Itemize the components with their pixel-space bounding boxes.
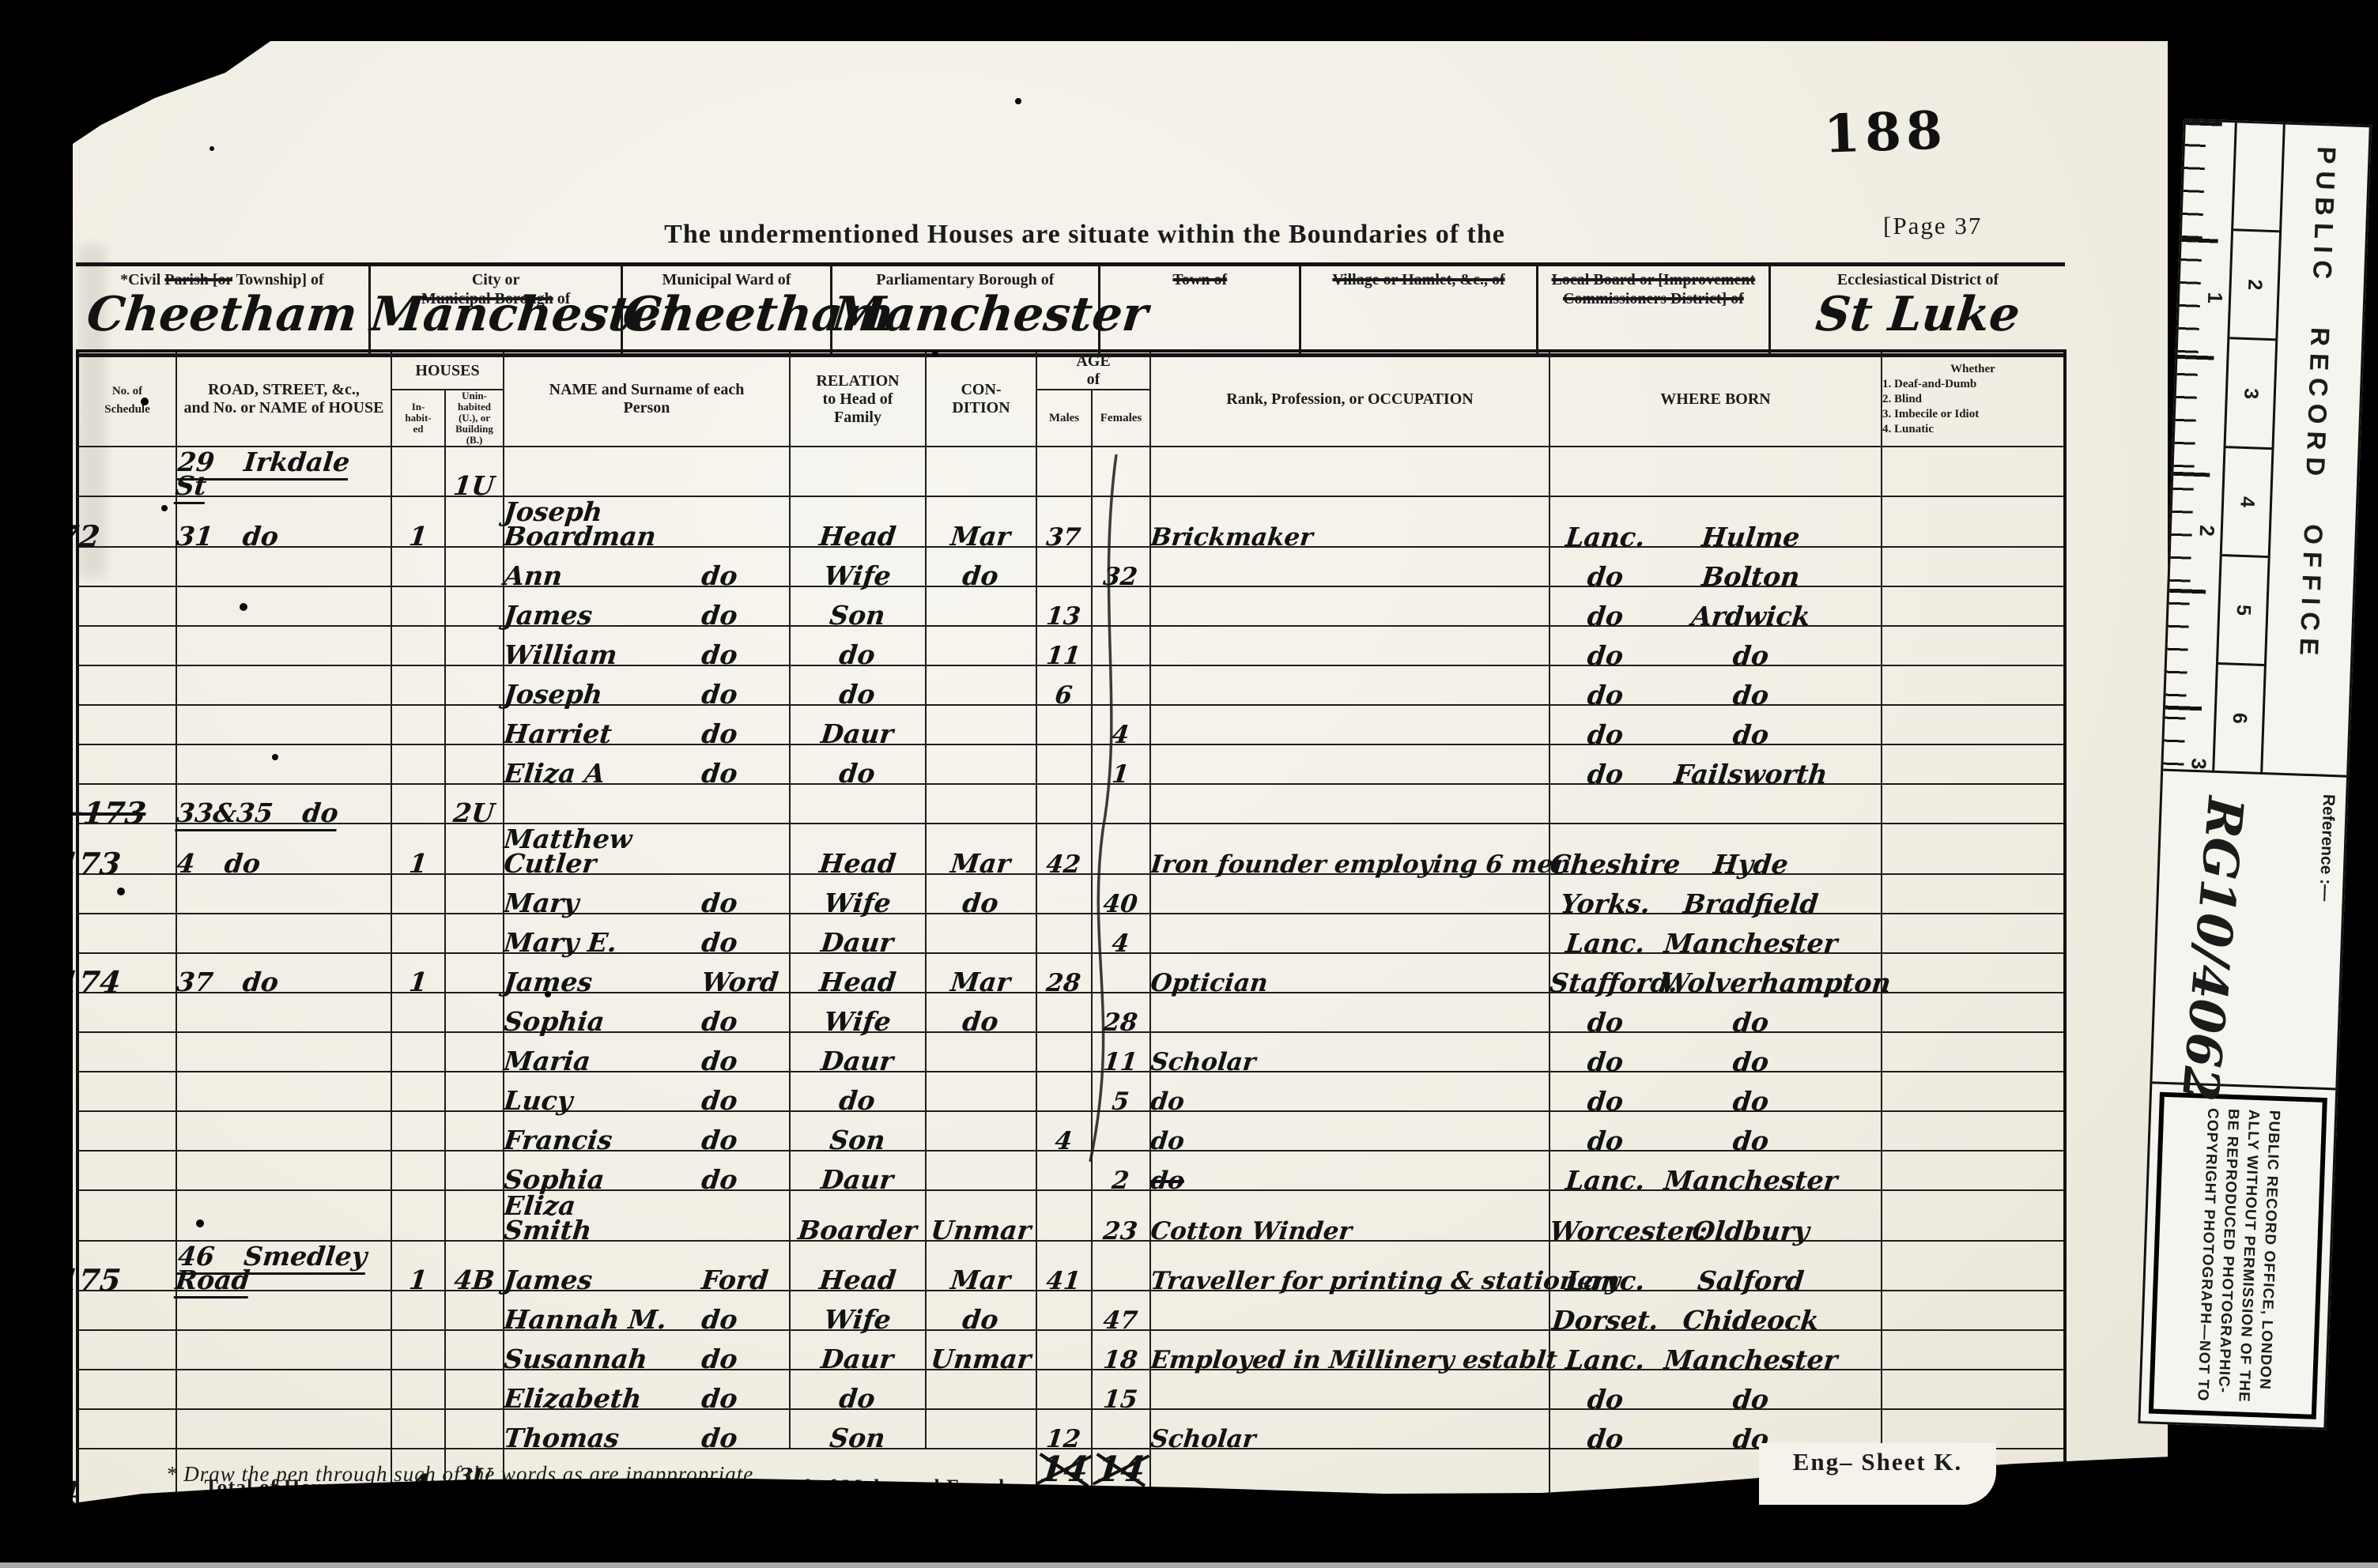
cell-condition: do: [926, 547, 1036, 586]
table-row: 29 Irkdale St1U: [77, 447, 2065, 496]
cell-road: [176, 1190, 391, 1241]
cell-name: Hannah M.do: [504, 1291, 790, 1330]
table-row: Josephdodo6dodo: [77, 665, 2065, 705]
cell-infirmity: [1882, 784, 2065, 824]
cell-where-born: doBolton: [1549, 547, 1882, 586]
header-condition: CON- DITION: [926, 351, 1036, 447]
cell-condition: Mar: [926, 1241, 1036, 1291]
locality-cell-4: Town of: [1098, 266, 1299, 353]
cell-condition: [926, 705, 1036, 744]
cell-age-female: 32: [1092, 547, 1150, 586]
cell-infirmity: [1882, 496, 2065, 547]
locality-cell-1: City or Municipal Borough ofManchester: [368, 266, 621, 353]
cell-name: Mariado: [504, 1032, 790, 1072]
header-born: WHERE BORN: [1549, 351, 1882, 447]
cell-inhabited: 1: [391, 824, 445, 874]
cell-where-born: dodo: [1549, 1370, 1882, 1409]
header-males: Males: [1036, 390, 1092, 447]
cell-where-born: Lanc.Salford: [1549, 1241, 1882, 1291]
cell-relation: Wife: [790, 874, 926, 914]
cell-schedule: 72: [77, 496, 176, 547]
cell-age-female: 1: [1092, 744, 1150, 784]
table-row: JamesdoSon13doArdwick: [77, 586, 2065, 626]
cell-age-male: [1036, 1190, 1092, 1241]
cell-relation: do: [790, 1370, 926, 1409]
cell-name: MatthewCutler: [504, 824, 790, 874]
cell-infirmity: [1882, 665, 2065, 705]
cell-condition: Mar: [926, 824, 1036, 874]
cell-road: [176, 1330, 391, 1370]
header-infirmity: Whether 1. Deaf-and-Dumb2. Blind3. Imbec…: [1882, 351, 2065, 447]
cell-condition: [926, 447, 1036, 496]
cell-schedule: 174: [77, 953, 176, 993]
cell-occupation: Brickmaker: [1150, 496, 1549, 547]
cell-age-female: [1092, 626, 1150, 665]
cell-schedule: [77, 914, 176, 953]
reference-label: Reference :—: [2316, 794, 2338, 902]
cell-name: Sophiado: [504, 993, 790, 1032]
cell-age-male: 6: [1036, 665, 1092, 705]
cell-schedule: [77, 1151, 176, 1190]
cell-relation: Daur: [790, 914, 926, 953]
totals-margin: 4: [77, 1449, 176, 1527]
cell-name: Francisdo: [504, 1111, 790, 1151]
cell-road: [176, 586, 391, 626]
locality-header-row: *Civil Parish [or Township] ofCheethamCi…: [76, 262, 2065, 357]
cell-name: Elizabethdo: [504, 1370, 790, 1409]
table-row: Eliza Adodo1doFailsworth: [77, 744, 2065, 784]
cell-age-female: 15: [1092, 1370, 1150, 1409]
cell-occupation: [1150, 993, 1549, 1032]
cell-name: Lucydo: [504, 1072, 790, 1111]
table-row: AnndoWifedo32doBolton: [77, 547, 2065, 586]
cell-road: [176, 626, 391, 665]
cell-inhabited: [391, 447, 445, 496]
footnote: * Draw the pen through such of the words…: [166, 1462, 760, 1487]
cell-where-born: Stafford.Wolverhampton: [1549, 953, 1882, 993]
cell-age-male: [1036, 705, 1092, 744]
cell-relation: do: [790, 1072, 926, 1111]
cell-schedule: [77, 1409, 176, 1449]
cell-occupation: [1150, 1370, 1549, 1409]
header-schedule: No. of Schedule: [77, 351, 176, 447]
cell-relation: Head: [790, 496, 926, 547]
cell-age-female: 23: [1092, 1190, 1150, 1241]
cell-age-female: [1092, 447, 1150, 496]
cell-uninhabited: [445, 496, 504, 547]
cell-age-female: [1092, 1241, 1150, 1291]
cell-where-born: dodo: [1549, 665, 1882, 705]
locality-value: Manchester: [829, 287, 1101, 342]
cell-uninhabited: 1U: [445, 447, 504, 496]
locality-value: Cheetham: [621, 287, 833, 342]
cell-inhabited: [391, 1190, 445, 1241]
cell-condition: Mar: [926, 953, 1036, 993]
cell-age-male: [1036, 1151, 1092, 1190]
table-row: 17546 Smedley Road14BJamesFordHeadMar41T…: [77, 1241, 2065, 1291]
locality-label: Town of: [1100, 270, 1299, 289]
cell-age-female: [1092, 1409, 1150, 1449]
cell-age-female: 4: [1092, 705, 1150, 744]
cell-age-female: 11: [1092, 1032, 1150, 1072]
cell-age-male: [1036, 1330, 1092, 1370]
totals-houses-label: Total of Houses..: [176, 1449, 391, 1527]
cell-name: Mary E.do: [504, 914, 790, 953]
cell-where-born: Lanc.Manchester: [1549, 1330, 1882, 1370]
cell-name: Harrietdo: [504, 705, 790, 744]
cell-infirmity: [1882, 1241, 2065, 1291]
cell-condition: Unmar: [926, 1190, 1036, 1241]
sheet-label: Eng– Sheet K.: [1793, 1443, 1963, 1476]
cell-condition: [926, 626, 1036, 665]
census-table-body: 29 Irkdale St1U7231 do1JosephBoardmanHea…: [77, 447, 2065, 1449]
cell-inhabited: [391, 547, 445, 586]
cell-inhabited: 1: [391, 1241, 445, 1291]
cell-where-born: dodo: [1549, 626, 1882, 665]
cell-condition: [926, 1409, 1036, 1449]
cell-occupation: Optician: [1150, 953, 1549, 993]
header-inhabited: In- habit- ed: [391, 390, 445, 447]
cell-occupation: [1150, 1291, 1549, 1330]
cell-name: Williamdo: [504, 626, 790, 665]
cell-age-male: [1036, 914, 1092, 953]
cell-schedule: 175: [77, 1241, 176, 1291]
cell-occupation: do: [1150, 1111, 1549, 1151]
totals-females: 14 13: [1092, 1449, 1150, 1527]
cell-road: 31 do: [176, 496, 391, 547]
cell-inhabited: [391, 1370, 445, 1409]
cell-condition: [926, 665, 1036, 705]
cell-uninhabited: 4B: [445, 1241, 504, 1291]
table-row: ↞17333&35 do2U: [77, 784, 2065, 824]
cell-uninhabited: [445, 1032, 504, 1072]
cell-uninhabited: [445, 1111, 504, 1151]
copyright-lines: COPYRIGHT PHOTOGRAPH—NOT TOBE REPRODUCED…: [2191, 1107, 2284, 1404]
cell-uninhabited: [445, 1409, 504, 1449]
table-row: HarrietdoDaur4dodo: [77, 705, 2065, 744]
cell-infirmity: [1882, 1190, 2065, 1241]
cell-infirmity: [1882, 874, 2065, 914]
cell-occupation: do: [1150, 1151, 1549, 1190]
cell-occupation: [1150, 586, 1549, 626]
cell-occupation: Employed in Millinery establt: [1150, 1330, 1549, 1370]
cell-schedule: ↞173: [77, 784, 176, 824]
photo-border-left: [0, 0, 73, 1568]
cell-occupation: [1150, 665, 1549, 705]
cell-road: [176, 993, 391, 1032]
cell-age-male: [1036, 744, 1092, 784]
cell-inhabited: [391, 744, 445, 784]
cell-schedule: [77, 744, 176, 784]
table-row: 1734 do1MatthewCutlerHeadMar42Iron found…: [77, 824, 2065, 874]
cell-infirmity: [1882, 1151, 2065, 1190]
cell-where-born: Dorset.Chideock: [1549, 1291, 1882, 1330]
header-occupation: Rank, Profession, or OCCUPATION: [1150, 351, 1549, 447]
cell-where-born: [1549, 784, 1882, 824]
cell-road: [176, 1291, 391, 1330]
cell-road: [176, 1409, 391, 1449]
cell-road: 46 Smedley Road: [176, 1241, 391, 1291]
census-scan-photo: { "stamp": "188", "page_label": "[Page 3…: [0, 0, 2378, 1568]
cell-where-born: Yorks.Bradfield: [1549, 874, 1882, 914]
scan-specks: [209, 146, 214, 151]
cell-uninhabited: [445, 626, 504, 665]
cell-name: [504, 447, 790, 496]
cell-uninhabited: [445, 914, 504, 953]
cell-name: Jamesdo: [504, 586, 790, 626]
cell-name: ElizaSmith: [504, 1190, 790, 1241]
page-title: The undermentioned Houses are situate wi…: [73, 220, 2097, 250]
cell-where-born: [1549, 447, 1882, 496]
cell-road: [176, 705, 391, 744]
locality-label: Local Board or [Improvement Commissioner…: [1538, 270, 1768, 308]
cell-relation: do: [790, 744, 926, 784]
cell-schedule: [77, 665, 176, 705]
cell-inhabited: [391, 626, 445, 665]
cell-age-female: 4: [1092, 914, 1150, 953]
cell-road: [176, 665, 391, 705]
locality-cell-2: Municipal Ward ofCheetham: [621, 266, 829, 353]
cell-age-male: 13: [1036, 586, 1092, 626]
header-age: AGE of: [1036, 351, 1150, 390]
cell-age-female: [1092, 953, 1150, 993]
cell-age-female: [1092, 784, 1150, 824]
table-row: Williamdodo11dodo: [77, 626, 2065, 665]
cell-occupation: Cotton Winder: [1150, 1190, 1549, 1241]
cell-schedule: [77, 626, 176, 665]
table-row: 7231 do1JosephBoardmanHeadMar37Brickmake…: [77, 496, 2065, 547]
cell-occupation: do: [1150, 1072, 1549, 1111]
cell-where-born: dodo: [1549, 1032, 1882, 1072]
cell-name: JamesWord: [504, 953, 790, 993]
table-row: 17437 do1JamesWordHeadMar28OpticianStaff…: [77, 953, 2065, 993]
cell-age-female: 47: [1092, 1291, 1150, 1330]
cell-age-male: [1036, 547, 1092, 586]
table-row: Lucydodo5dododo: [77, 1072, 2065, 1111]
cell-age-male: 42: [1036, 824, 1092, 874]
cell-infirmity: [1882, 447, 2065, 496]
cell-name: Susannahdo: [504, 1330, 790, 1370]
scan-edge-strip: [0, 1562, 2378, 1568]
cell-road: [176, 744, 391, 784]
cell-schedule: [77, 1190, 176, 1241]
cell-age-male: [1036, 1072, 1092, 1111]
cell-relation: Son: [790, 1111, 926, 1151]
census-page: 188 [Page 37 The undermentioned Houses a…: [73, 40, 2168, 1561]
locality-value: Cheetham: [73, 287, 371, 342]
cell-occupation: [1150, 784, 1549, 824]
cell-age-male: [1036, 1032, 1092, 1072]
table-row: SusannahdoDaurUnmar18Employed in Milline…: [77, 1330, 2065, 1370]
locality-value: St Luke: [1768, 287, 2067, 342]
cell-road: 29 Irkdale St: [176, 447, 391, 496]
cell-inhabited: 1: [391, 953, 445, 993]
cell-inhabited: [391, 665, 445, 705]
cell-schedule: [77, 1032, 176, 1072]
cell-uninhabited: [445, 665, 504, 705]
cell-age-male: [1036, 1370, 1092, 1409]
cell-condition: do: [926, 874, 1036, 914]
header-uninhabited: Unin- habited (U.), or Building (B.): [445, 390, 504, 447]
cell-condition: [926, 784, 1036, 824]
cell-occupation: Scholar: [1150, 1409, 1549, 1449]
table-row: MarydoWifedo40Yorks.Bradfield: [77, 874, 2065, 914]
cell-condition: do: [926, 1291, 1036, 1330]
cell-inhabited: [391, 705, 445, 744]
cell-age-male: 37: [1036, 496, 1092, 547]
cell-relation: Son: [790, 1409, 926, 1449]
cell-uninhabited: [445, 1370, 504, 1409]
cell-name: Anndo: [504, 547, 790, 586]
cell-where-born: dodo: [1549, 993, 1882, 1032]
cell-where-born: Lanc.Manchester: [1549, 1151, 1882, 1190]
cell-where-born: Lanc.Manchester: [1549, 914, 1882, 953]
cell-infirmity: [1882, 824, 2065, 874]
cell-relation: Wife: [790, 547, 926, 586]
cell-age-male: [1036, 784, 1092, 824]
cell-relation: Daur: [790, 1151, 926, 1190]
cell-inhabited: [391, 993, 445, 1032]
header-houses: HOUSES: [391, 351, 504, 390]
cell-relation: [790, 784, 926, 824]
cell-inhabited: [391, 1151, 445, 1190]
cell-inhabited: [391, 874, 445, 914]
cell-occupation: Traveller for printing & stationery: [1150, 1241, 1549, 1291]
cell-occupation: Scholar: [1150, 1032, 1549, 1072]
cell-where-born: doArdwick: [1549, 586, 1882, 626]
cell-schedule: [77, 1370, 176, 1409]
cell-age-male: [1036, 993, 1092, 1032]
cell-relation: Daur: [790, 1032, 926, 1072]
cell-road: 4 do: [176, 824, 391, 874]
table-row: Mary E.doDaur4Lanc.Manchester: [77, 914, 2065, 953]
table-row: SophiadoWifedo28dodo: [77, 993, 2065, 1032]
cell-road: [176, 914, 391, 953]
cell-schedule: [77, 705, 176, 744]
cell-infirmity: [1882, 705, 2065, 744]
cell-age-male: 4: [1036, 1111, 1092, 1151]
locality-cell-6: Local Board or [Improvement Commissioner…: [1536, 266, 1768, 353]
cell-condition: Mar: [926, 496, 1036, 547]
header-females: Females: [1092, 390, 1150, 447]
cell-relation: Son: [790, 586, 926, 626]
cell-age-female: [1092, 1111, 1150, 1151]
cell-condition: [926, 1111, 1036, 1151]
column-headers: No. of Schedule ROAD, STREET, &c., and N…: [77, 351, 2065, 447]
pro-reference-section: Reference :— RG10/4062: [2152, 771, 2346, 1090]
cell-infirmity: [1882, 1291, 2065, 1330]
cell-uninhabited: [445, 953, 504, 993]
cell-where-born: doFailsworth: [1549, 744, 1882, 784]
cell-uninhabited: 2U: [445, 784, 504, 824]
locality-value: Manchester: [368, 287, 624, 342]
cell-inhabited: [391, 1409, 445, 1449]
cell-condition: [926, 1151, 1036, 1190]
copyright-box: COPYRIGHT PHOTOGRAPH—NOT TOBE REPRODUCED…: [2149, 1091, 2327, 1419]
cell-age-male: 12: [1036, 1409, 1092, 1449]
locality-cell-5: Village or Hamlet, &c., of: [1299, 266, 1535, 353]
cell-infirmity: [1882, 586, 2065, 626]
cell-road: 33&35 do: [176, 784, 391, 824]
cell-infirmity: [1882, 914, 2065, 953]
cell-occupation: [1150, 744, 1549, 784]
cell-infirmity: [1882, 1111, 2065, 1151]
cell-relation: [790, 447, 926, 496]
cell-road: [176, 1072, 391, 1111]
cell-age-male: [1036, 447, 1092, 496]
cell-uninhabited: [445, 1330, 504, 1370]
locality-cell-3: Parliamentary Borough ofManchester: [830, 266, 1099, 353]
cell-age-male: [1036, 874, 1092, 914]
locality-label: Village or Hamlet, &c., of: [1301, 270, 1535, 289]
locality-cell-0: *Civil Parish [or Township] ofCheetham: [76, 266, 368, 353]
cell-infirmity: [1882, 1370, 2065, 1409]
cell-occupation: [1150, 626, 1549, 665]
cell-inhabited: [391, 1072, 445, 1111]
cell-relation: Wife: [790, 1291, 926, 1330]
infirmity-items: 1. Deaf-and-Dumb2. Blind3. Imbecile or I…: [1882, 377, 2063, 437]
totals-occupation-empty: [1150, 1449, 1549, 1527]
cell-infirmity: [1882, 1032, 2065, 1072]
totals-inhabited: 4: [391, 1449, 445, 1527]
cell-relation: do: [790, 665, 926, 705]
table-row: Elizabethdodo15dodo: [77, 1370, 2065, 1409]
header-relation: RELATION to Head of Family: [790, 351, 926, 447]
cell-name: Sophiado: [504, 1151, 790, 1190]
totals-males: 14 9: [1036, 1449, 1092, 1527]
reference-value: RG10/4062: [2171, 795, 2255, 1104]
cell-road: [176, 1151, 391, 1190]
cell-schedule: [77, 1072, 176, 1111]
cell-age-female: 28: [1092, 993, 1150, 1032]
cell-age-male: [1036, 1291, 1092, 1330]
cell-schedule: [77, 1111, 176, 1151]
folio-stamp: 188: [1823, 99, 1948, 164]
cell-inhabited: [391, 914, 445, 953]
table-row: FrancisdoSon4dododo: [77, 1111, 2065, 1151]
cell-age-female: 40: [1092, 874, 1150, 914]
cell-inhabited: [391, 586, 445, 626]
census-table: No. of Schedule ROAD, STREET, &c., and N…: [76, 349, 2067, 1528]
cell-uninhabited: [445, 1190, 504, 1241]
cell-condition: [926, 744, 1036, 784]
table-row: SophiadoDaur2doLanc.Manchester: [77, 1151, 2065, 1190]
cell-age-male: 11: [1036, 626, 1092, 665]
header-name: NAME and Surname of each Person: [504, 351, 790, 447]
cell-road: [176, 874, 391, 914]
cell-relation: Head: [790, 953, 926, 993]
cell-condition: [926, 914, 1036, 953]
cell-occupation: [1150, 874, 1549, 914]
cell-infirmity: [1882, 626, 2065, 665]
cell-where-born: dodo: [1549, 705, 1882, 744]
cell-schedule: 173: [77, 824, 176, 874]
table-row: Hannah M.doWifedo47Dorset.Chideock: [77, 1291, 2065, 1330]
cell-schedule: [77, 586, 176, 626]
cell-inhabited: [391, 1111, 445, 1151]
cell-relation: do: [790, 626, 926, 665]
cell-condition: [926, 1032, 1036, 1072]
cell-name: JosephBoardman: [504, 496, 790, 547]
cell-occupation: Iron founder employing 6 men: [1150, 824, 1549, 874]
cell-where-born: CheshireHyde: [1549, 824, 1882, 874]
photo-border-top: [0, 0, 2378, 41]
cell-name: Marydo: [504, 874, 790, 914]
cell-relation: Boarder: [790, 1190, 926, 1241]
cell-age-female: 18: [1092, 1330, 1150, 1370]
cell-uninhabited: [445, 547, 504, 586]
cell-uninhabited: [445, 705, 504, 744]
